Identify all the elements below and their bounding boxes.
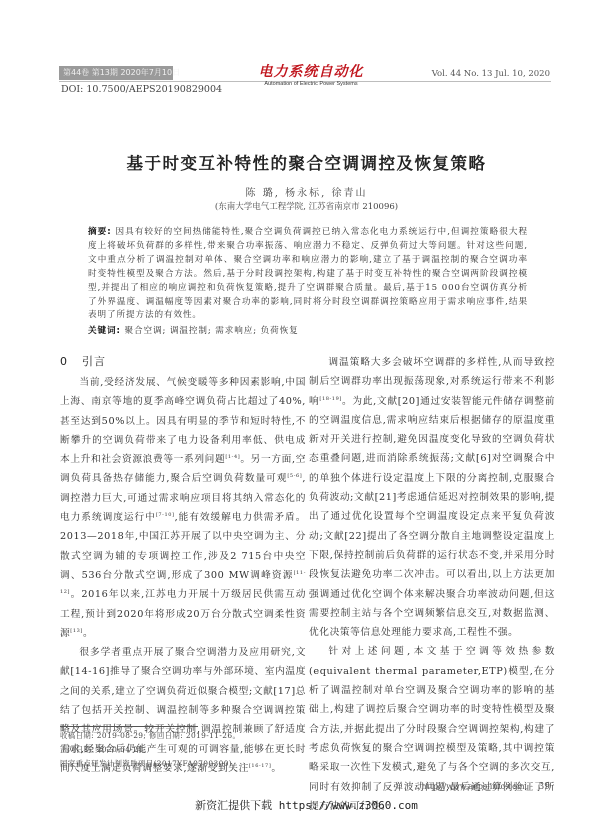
author-list: 陈 璐, 杨永标, 徐青山: [0, 184, 613, 199]
journal-url[interactable]: http://www.aeps-info.com: [421, 782, 524, 791]
keywords-label: 关键词:: [88, 326, 121, 336]
page-number: 39: [539, 782, 550, 792]
download-watermark: 新资汇提供下载 https://www.z3060.com: [0, 797, 613, 813]
watermark-text: 新资汇提供下载: [195, 799, 272, 812]
issue-band: 第44卷 第13期 2020年7月10日: [59, 66, 173, 80]
footnote-rule: [60, 726, 198, 727]
received-date: 收稿日期: 2019-08-29; 修回日期: 2019-11-26。: [60, 729, 240, 743]
text-run: 。为此,文献[20]通过安装智能元件储存调整前的空调温度信息,需求响应结束后根据…: [309, 396, 555, 639]
section-number: 0: [60, 355, 68, 368]
funding-note: 国家重点研发计划资助项目(2017YFA0700300)。: [60, 757, 240, 771]
keywords-text: 聚合空调; 调温控制; 需求响应; 负荷恢复: [124, 326, 298, 336]
page-footer: http://www.aeps-info.com39: [421, 782, 550, 792]
text-run: 。2016年以来,江苏电力开展十万级居民供需互动工程,预计到2020年将形成20…: [60, 589, 306, 639]
text-run: 。: [271, 763, 281, 774]
watermark-url[interactable]: https://www.z3060.com: [279, 799, 418, 812]
doi-label[interactable]: DOI: 10.7500/AEPS20190829004: [61, 84, 222, 95]
volume-info: Vol. 44 No. 13 Jul. 10, 2020: [432, 69, 550, 79]
abstract: 摘要: 因具有较好的空间热储能特性,聚合空调负荷调控已纳入常态化电力系统运行中,…: [88, 226, 528, 323]
citation-ref[interactable]: [18-19]: [319, 396, 342, 402]
affiliation: (东南大学电气工程学院, 江苏省南京市 210096): [0, 200, 613, 212]
section-heading: 0引言: [60, 353, 306, 371]
text-run: 当前,受经济发展、气候变暖等多种因素影响,中国上海、南京等地的夏季高峰空调负荷占…: [60, 377, 306, 465]
paper-page: 第44卷 第13期 2020年7月10日 DOI: 10.7500/AEPS20…: [0, 0, 613, 825]
right-column: 调温策略大多会破坏空调群的多样性,从而导致控制后空调群功率出现振荡现象,对系统运…: [309, 353, 555, 816]
abstract-label: 摘要:: [88, 227, 112, 237]
journal-logo: 电力系统自动化 Automation of Electric Power Sys…: [256, 64, 366, 88]
footnotes: 收稿日期: 2019-08-29; 修回日期: 2019-11-26。 上网日期…: [60, 729, 240, 772]
keywords: 关键词: 聚合空调; 调温控制; 需求响应; 负荷恢复: [88, 324, 528, 336]
citation-ref[interactable]: [16-17]: [249, 763, 272, 769]
body-paragraph: 当前,受经济发展、气候变暖等多种因素影响,中国上海、南京等地的夏季高峰空调负荷占…: [60, 373, 306, 643]
left-column: 0引言 当前,受经济发展、气候变暖等多种因素影响,中国上海、南京等地的夏季高峰空…: [60, 353, 306, 778]
journal-title-en: Automation of Electric Power Systems: [256, 80, 366, 88]
citation-ref[interactable]: [7-10]: [156, 512, 175, 518]
article-title: 基于时变互补特性的聚合空调调控及恢复策略: [0, 150, 613, 174]
citation-ref[interactable]: [13]: [70, 628, 83, 634]
online-date: 上网日期: 2020-04-20。: [60, 743, 240, 757]
citation-ref[interactable]: [5-6]: [287, 473, 302, 479]
citation-ref[interactable]: [1-4]: [225, 454, 240, 460]
text-run: 。: [83, 628, 93, 639]
section-title: 引言: [82, 355, 106, 368]
journal-title-cn: 电力系统自动化: [256, 64, 366, 80]
body-paragraph: 调温策略大多会破坏空调群的多样性,从而导致控制后空调群功率出现振荡现象,对系统运…: [309, 353, 555, 642]
abstract-text: 因具有较好的空间热储能特性,聚合空调负荷调控已纳入常态化电力系统运行中,但调控策…: [88, 227, 528, 320]
